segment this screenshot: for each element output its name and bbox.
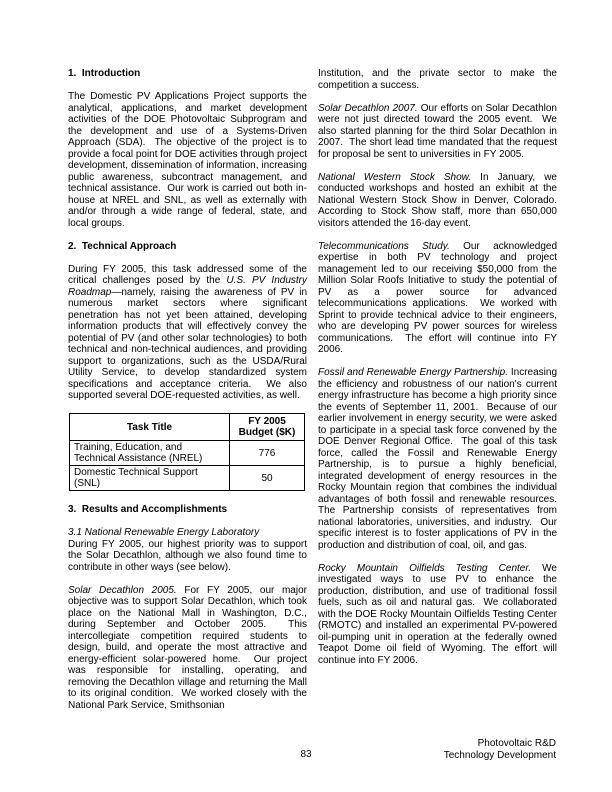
subsection-heading-nrel: 3.1 National Renewable Energy Laboratory	[68, 527, 307, 539]
solar-decathlon-2005-paragraph: Solar Decathlon 2005. For FY 2005, our m…	[68, 585, 307, 712]
stock-show-paragraph: National Western Stock Show. In January,…	[318, 172, 557, 230]
solar-decathlon-2005-lead: Solar Decathlon 2005.	[68, 585, 177, 596]
right-column: Institution, and the private sector to m…	[318, 68, 557, 723]
budget-table-cell-task-title: Training, Education, and Technical Assis…	[70, 441, 230, 466]
fossil-renewable-partnership-paragraph: Fossil and Renewable Energy Partnership.…	[318, 367, 557, 551]
footer-line-1: Photovoltaic R&D	[444, 738, 556, 750]
budget-table-header-task-title: Task Title	[70, 414, 230, 441]
budget-table-cell-task-title: Domestic Technical Support (SNL)	[70, 466, 230, 491]
intro-paragraph: The Domestic PV Applications Project sup…	[68, 91, 307, 229]
budget-table-header-row: Task Title FY 2005 Budget ($K)	[70, 414, 305, 441]
section-heading-technical-approach: 2. Technical Approach	[68, 241, 307, 253]
solar-decathlon-2007-paragraph: Solar Decathlon 2007. Our efforts on Sol…	[318, 103, 557, 161]
solar-decathlon-2007-lead: Solar Decathlon 2007.	[318, 103, 418, 114]
table-row: Training, Education, and Technical Assis…	[70, 441, 305, 466]
footer-line-2: Technology Development	[444, 750, 556, 762]
document-page: 1. Introduction The Domestic PV Applicat…	[0, 0, 612, 792]
technical-approach-text-post: —namely, raising the awareness of PV in …	[68, 287, 310, 402]
rmotc-lead: Rocky Mountain Oilfields Testing Center.	[318, 563, 531, 574]
telecommunications-study-lead: Telecommunications Study.	[318, 241, 450, 252]
stock-show-lead: National Western Stock Show.	[318, 172, 471, 183]
nrel-intro-paragraph: During FY 2005, our highest priority was…	[68, 539, 307, 574]
budget-table: Task Title FY 2005 Budget ($K) Training,…	[69, 413, 305, 491]
continuation-paragraph: Institution, and the private sector to m…	[318, 68, 557, 91]
telecommunications-study-paragraph: Telecommunications Study. Our acknowledg…	[318, 241, 557, 356]
telecommunications-study-text: Our acknowledged expertise in both PV te…	[318, 241, 560, 356]
section-heading-results: 3. Results and Accomplishments	[68, 504, 307, 516]
solar-decathlon-2005-text: For FY 2005, our major objective was to …	[68, 585, 310, 711]
page-content: 1. Introduction The Domestic PV Applicat…	[68, 68, 557, 723]
technical-approach-paragraph: During FY 2005, this task addressed some…	[68, 264, 307, 402]
rmotc-text: We investigated ways to use PV to enhanc…	[318, 563, 560, 666]
table-row: Domestic Technical Support (SNL) 50	[70, 466, 305, 491]
rmotc-paragraph: Rocky Mountain Oilfields Testing Center.…	[318, 563, 557, 667]
section-heading-introduction: 1. Introduction	[68, 68, 307, 80]
left-column: 1. Introduction The Domestic PV Applicat…	[68, 68, 307, 723]
budget-table-header-fy2005-budget: FY 2005 Budget ($K)	[230, 414, 305, 441]
fossil-renewable-partnership-text: Increasing the efficiency and robustness…	[318, 367, 563, 551]
fossil-renewable-partnership-lead: Fossil and Renewable Energy Partnership.	[318, 367, 508, 378]
budget-table-cell-budget: 776	[230, 441, 305, 466]
footer-publication-title: Photovoltaic R&D Technology Development	[444, 738, 556, 761]
budget-table-cell-budget: 50	[230, 466, 305, 491]
